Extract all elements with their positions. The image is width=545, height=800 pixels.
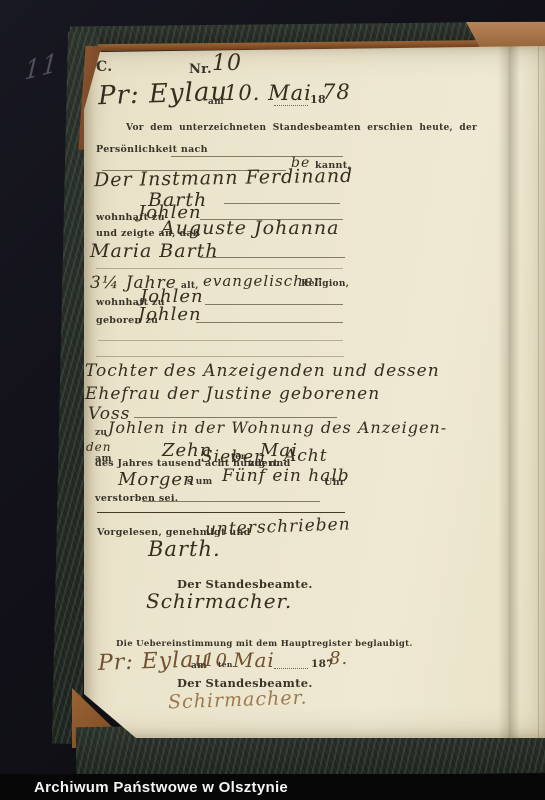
- header-am-label: am: [208, 97, 224, 107]
- parentage-line2: Ehefrau der Justine geborenen: [85, 384, 380, 404]
- section-divider-rule: [97, 512, 345, 513]
- record-number-label: Nr.: [189, 62, 212, 77]
- header-date: 10. Mai: [224, 81, 312, 105]
- blank-rule: [96, 356, 344, 357]
- death-time-printed: s um: [187, 477, 212, 487]
- header-year-hand: 78: [322, 80, 351, 104]
- archive-footer-bar: Archiwum Państwowe w Olsztynie: [0, 774, 545, 800]
- form-letter: C.: [96, 59, 112, 75]
- deceased-name-line2: Maria Barth: [90, 240, 219, 262]
- date-leader: [274, 668, 308, 669]
- certification-day-suffix: ten: [218, 660, 233, 669]
- blank-rule: [142, 501, 320, 502]
- death-time-unit: Uhr: [324, 477, 345, 488]
- persona-label: Persönlichkeit nach: [96, 144, 208, 155]
- died-label: verstorben sei.: [95, 493, 178, 504]
- declarant-occupation-name: Der Instmann Ferdinand: [94, 165, 354, 192]
- deceased-name-line1: Auguste Johanna: [161, 217, 339, 239]
- death-time-period: Morgen: [118, 469, 196, 490]
- pencil-page-number: 11: [23, 47, 60, 86]
- intro-line: Vor dem unterzeichneten Standesbeamten e…: [126, 123, 477, 133]
- death-place-value: Johlen in der Wohnung des Anzeigen-: [108, 418, 447, 437]
- death-year-ones: Acht: [284, 446, 328, 466]
- record-number-value: 10: [212, 51, 242, 76]
- declarant-signature: Barth.: [148, 537, 221, 561]
- document-content: 11 C. Nr. 10 Pr: Eylau am 10. Mai 18 78 …: [0, 0, 545, 800]
- certification-month: Mai: [233, 648, 275, 672]
- blank-rule: [196, 322, 343, 323]
- parentage-line1: Tochter des Anzeigenden und dessen: [85, 361, 440, 381]
- blank-rule: [96, 268, 343, 269]
- registrar-signature: Schirmacher.: [146, 589, 292, 613]
- blank-rule: [205, 304, 343, 305]
- blank-rule: [98, 340, 343, 341]
- birthplace-value: Johlen: [138, 304, 202, 325]
- religion-label: Religion,: [301, 279, 349, 289]
- death-place-label: zu: [95, 428, 107, 438]
- death-place-continuation: den: [86, 440, 112, 454]
- blank-rule: [171, 156, 343, 157]
- blank-rule: [200, 257, 345, 258]
- blank-rule: [224, 203, 340, 204]
- date-leader: [274, 105, 308, 106]
- registrar-signature-2: Schirmacher.: [168, 687, 308, 714]
- archive-name: Archiwum Państwowe w Olsztynie: [34, 774, 288, 800]
- certification-year-hand: 8.: [329, 648, 348, 669]
- archive-scan-viewport: 11 C. Nr. 10 Pr: Eylau am 10. Mai 18 78 …: [0, 0, 545, 800]
- closing-hand: unterschrieben: [205, 514, 351, 539]
